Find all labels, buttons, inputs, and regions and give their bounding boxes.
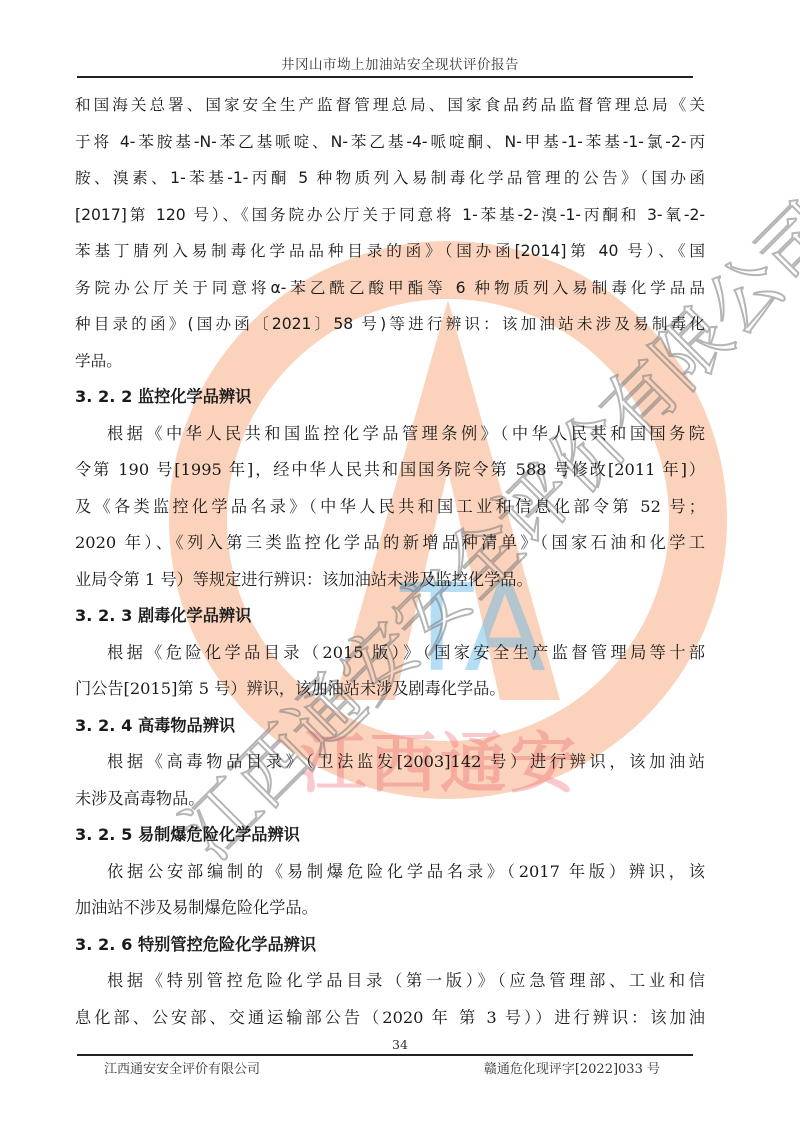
text-line: 依据公安部编制的《易制爆危险化学品名录》（2017 年版）辨识，该 (75, 854, 705, 891)
header-divider (77, 76, 693, 78)
text-line: 门公告[2015]第 5 号）辨识，该加油站未涉及剧毒化学品。 (75, 671, 705, 708)
text-line: 加油站不涉及易制爆危险化学品。 (75, 890, 705, 927)
text-line: 和国海关总署、国家安全生产监督管理总局、国家食品药品监督管理总局《关 (75, 87, 705, 124)
header-title: 井冈山市坳上加油站安全现状评价报告 (0, 53, 800, 73)
text-line: 根据《中华人民共和国监控化学品管理条例》（中华人民共和国国务院 (75, 416, 705, 453)
section-heading: 3. 2. 5 易制爆危险化学品辨识 (75, 817, 705, 854)
text-line: 未涉及高毒物品。 (75, 781, 705, 818)
document-body: 和国海关总署、国家安全生产监督管理总局、国家食品药品监督管理总局《关 于将 4-… (75, 87, 705, 1036)
section-monitored-chemicals: 3. 2. 2 监控化学品辨识 根据《中华人民共和国监控化学品管理条例》（中华人… (75, 379, 705, 598)
section-specially-controlled-chemicals: 3. 2. 6 特别管控危险化学品辨识 根据《特别管控危险化学品目录（第一版）》… (75, 927, 705, 1037)
text-line: 种目录的函》(国办函〔2021〕58 号)等进行辨识：该加油站未涉及易制毒化 (75, 306, 705, 343)
footer-company: 江西通安安全评价有限公司 (104, 1058, 260, 1077)
text-line: 及《各类监控化学品名录》（中华人民共和国工业和信息化部令第 52 号； (75, 489, 705, 526)
intro-paragraph: 和国海关总署、国家安全生产监督管理总局、国家食品药品监督管理总局《关 于将 4-… (75, 87, 705, 379)
section-heading: 3. 2. 3 剧毒化学品辨识 (75, 598, 705, 635)
text-line: 根据《特别管控危险化学品目录（第一版）》（应急管理部、工业和信 (75, 963, 705, 1000)
text-line: 业局令第 1 号）等规定进行辨识：该加油站未涉及监控化学品。 (75, 562, 705, 599)
text-line: 根据《高毒物品目录》（卫法监发[2003]142 号）进行辨识，该加油站 (75, 744, 705, 781)
text-line: 息化部、公安部、交通运输部公告（2020 年 第 3 号））进行辨识：该加油 (75, 1000, 705, 1037)
section-highly-toxic-chemicals: 3. 2. 3 剧毒化学品辨识 根据《危险化学品目录（2015 版）》（国家安全… (75, 598, 705, 708)
text-line: 于将 4-苯胺基-N-苯乙基哌啶、N-苯乙基-4-哌啶酮、N-甲基-1-苯基-1… (75, 124, 705, 161)
section-heading: 3. 2. 6 特别管控危险化学品辨识 (75, 927, 705, 964)
text-line: 2020 年）、《列入第三类监控化学品的新增品种清单》（国家石油和化学工 (75, 525, 705, 562)
text-line: 苯基丁腈列入易制毒化学品品种目录的函》（国办函[2014]第 40 号）、《国 (75, 233, 705, 270)
section-explosive-precursors: 3. 2. 5 易制爆危险化学品辨识 依据公安部编制的《易制爆危险化学品名录》（… (75, 817, 705, 927)
document-page: TA 江西通安 江西通安安全评价有限公司 井冈山市坳上加油站安全现状评价报告 和… (0, 0, 800, 1131)
text-line: 胺、溴素、1-苯基-1-丙酮 5 种物质列入易制毒化学品管理的公告》（国办函 (75, 160, 705, 197)
section-heading: 3. 2. 4 高毒物品辨识 (75, 708, 705, 745)
section-heading: 3. 2. 2 监控化学品辨识 (75, 379, 705, 416)
footer-divider (77, 1054, 693, 1056)
text-line: 务院办公厅关于同意将α-苯乙酰乙酸甲酯等 6 种物质列入易制毒化学品品 (75, 270, 705, 307)
page-number: 34 (0, 1037, 800, 1052)
text-line: 学品。 (75, 343, 705, 380)
footer-report-number: 赣通危化现评字[2022]033 号 (484, 1058, 660, 1077)
text-line: [2017]第 120 号）、《国务院办公厅关于同意将 1-苯基-2-溴-1-丙… (75, 197, 705, 234)
text-line: 令第 190 号[1995 年]，经中华人民共和国国务院令第 588 号修改[2… (75, 452, 705, 489)
section-highly-toxic-substances: 3. 2. 4 高毒物品辨识 根据《高毒物品目录》（卫法监发[2003]142 … (75, 708, 705, 818)
text-line: 根据《危险化学品目录（2015 版）》（国家安全生产监督管理局等十部 (75, 635, 705, 672)
